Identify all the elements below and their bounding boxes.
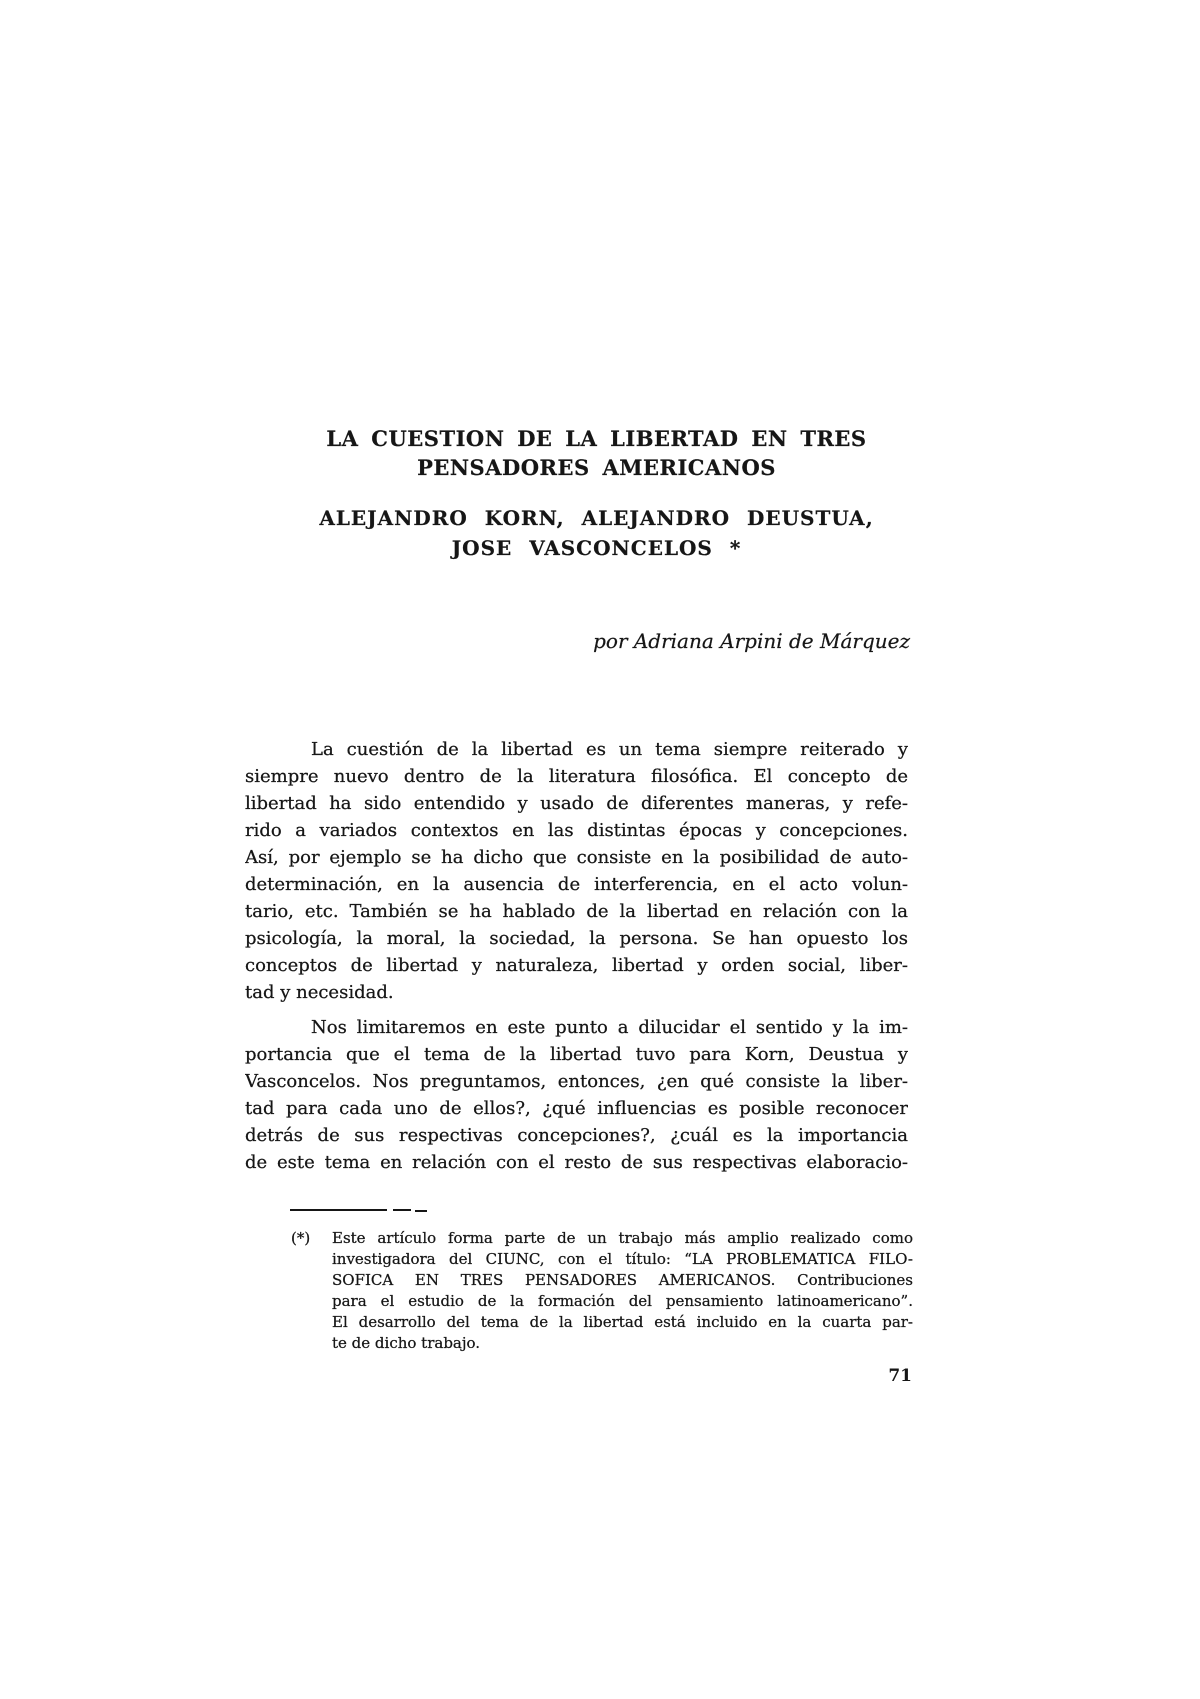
byline: por Adriana Arpini de Márquez	[245, 629, 910, 653]
body-line: conceptos de libertad y naturaleza, libe…	[245, 952, 908, 979]
body-line: siempre nuevo dentro de la literatura fi…	[245, 763, 908, 790]
body-line: psicología, la moral, la sociedad, la pe…	[245, 925, 908, 952]
body-line: de este tema en relación con el resto de…	[245, 1149, 908, 1176]
article-subjects: ALEJANDRO KORN, ALEJANDRO DEUSTUA, JOSE …	[265, 503, 928, 563]
article-title: LA CUESTION DE LA LIBERTAD EN TRES PENSA…	[265, 424, 928, 482]
body-line: Nos limitaremos en este punto a dilucida…	[245, 1014, 908, 1041]
body-line: portancia que el tema de la libertad tuv…	[245, 1041, 908, 1068]
title-line-1: LA CUESTION DE LA LIBERTAD EN TRES	[265, 424, 928, 453]
footnote-separator-rule	[290, 1209, 387, 1211]
paragraph-2: Nos limitaremos en este punto a dilucida…	[245, 1014, 908, 1176]
footnote-marker: (*)	[291, 1228, 310, 1249]
body-line: La cuestión de la libertad es un tema si…	[245, 736, 908, 763]
body-line: Así, por ejemplo se ha dicho que consist…	[245, 844, 908, 871]
page-number: 71	[245, 1366, 912, 1386]
footnote-line: para el estudio de la formación del pens…	[332, 1291, 913, 1312]
body-line: Vasconcelos. Nos preguntamos, entonces, …	[245, 1068, 908, 1095]
body-line: libertad ha sido entendido y usado de di…	[245, 790, 908, 817]
footnote-line: investigadora del CIUNC, con el título: …	[332, 1249, 913, 1270]
body-line: tario, etc. También se ha hablado de la …	[245, 898, 908, 925]
body-line: tad y necesidad.	[245, 979, 908, 1006]
authors-line-1: ALEJANDRO KORN, ALEJANDRO DEUSTUA,	[265, 503, 928, 533]
paragraph-1: La cuestión de la libertad es un tema si…	[245, 736, 908, 1006]
title-line-2: PENSADORES AMERICANOS	[265, 453, 928, 482]
footnote: Este artículo forma parte de un trabajo …	[332, 1228, 913, 1354]
body-line: detrás de sus respectivas concepciones?,…	[245, 1122, 908, 1149]
body-line: determinación, en la ausencia de interfe…	[245, 871, 908, 898]
footnote-line: te de dicho trabajo.	[332, 1333, 913, 1354]
article-body: La cuestión de la libertad es un tema si…	[245, 736, 908, 1176]
authors-line-2: JOSE VASCONCELOS *	[265, 533, 928, 563]
body-line: tad para cada uno de ellos?, ¿qué influe…	[245, 1095, 908, 1122]
scanned-article-page: LA CUESTION DE LA LIBERTAD EN TRES PENSA…	[0, 0, 1200, 1699]
footnote-line: SOFICA EN TRES PENSADORES AMERICANOS. Co…	[332, 1270, 913, 1291]
footnote-line: Este artículo forma parte de un trabajo …	[332, 1228, 913, 1249]
body-line: rido a variados contextos en las distint…	[245, 817, 908, 844]
footnote-separator-fragment	[393, 1209, 429, 1212]
footnote-line: El desarrollo del tema de la libertad es…	[332, 1312, 913, 1333]
